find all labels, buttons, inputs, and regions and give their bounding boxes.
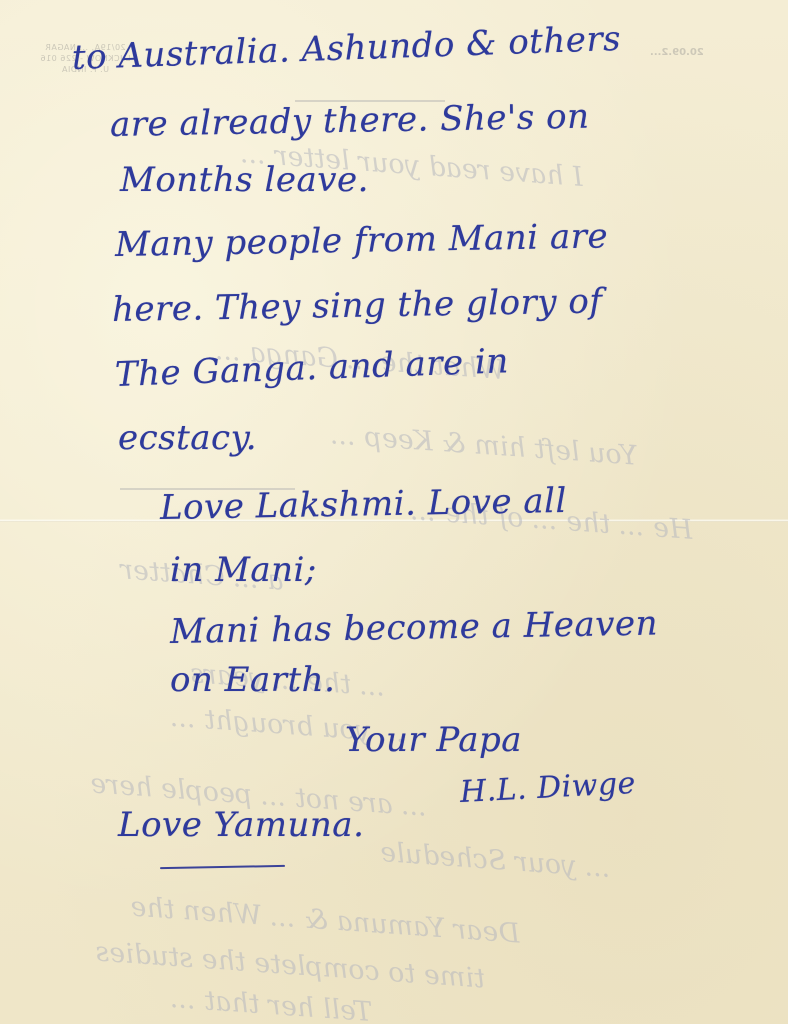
letter-line: in Mani;	[170, 550, 317, 590]
letter-line: are already there. She's on	[110, 97, 590, 145]
postscript: Love Yamuna.	[118, 805, 364, 845]
letter-line: ecstacy.	[118, 418, 257, 458]
letter-line: Months leave.	[120, 160, 369, 200]
closing-line: Your Papa	[345, 720, 522, 760]
mirrored-date-mark: 20.09.2...	[650, 47, 704, 58]
letter-line: on Earth.	[170, 660, 335, 700]
letter-line: Love Lakshmi. Love all	[160, 481, 568, 528]
letter-line: Mani has become a Heaven	[170, 603, 659, 652]
letter-line: here. They sing the glory of	[112, 281, 603, 330]
